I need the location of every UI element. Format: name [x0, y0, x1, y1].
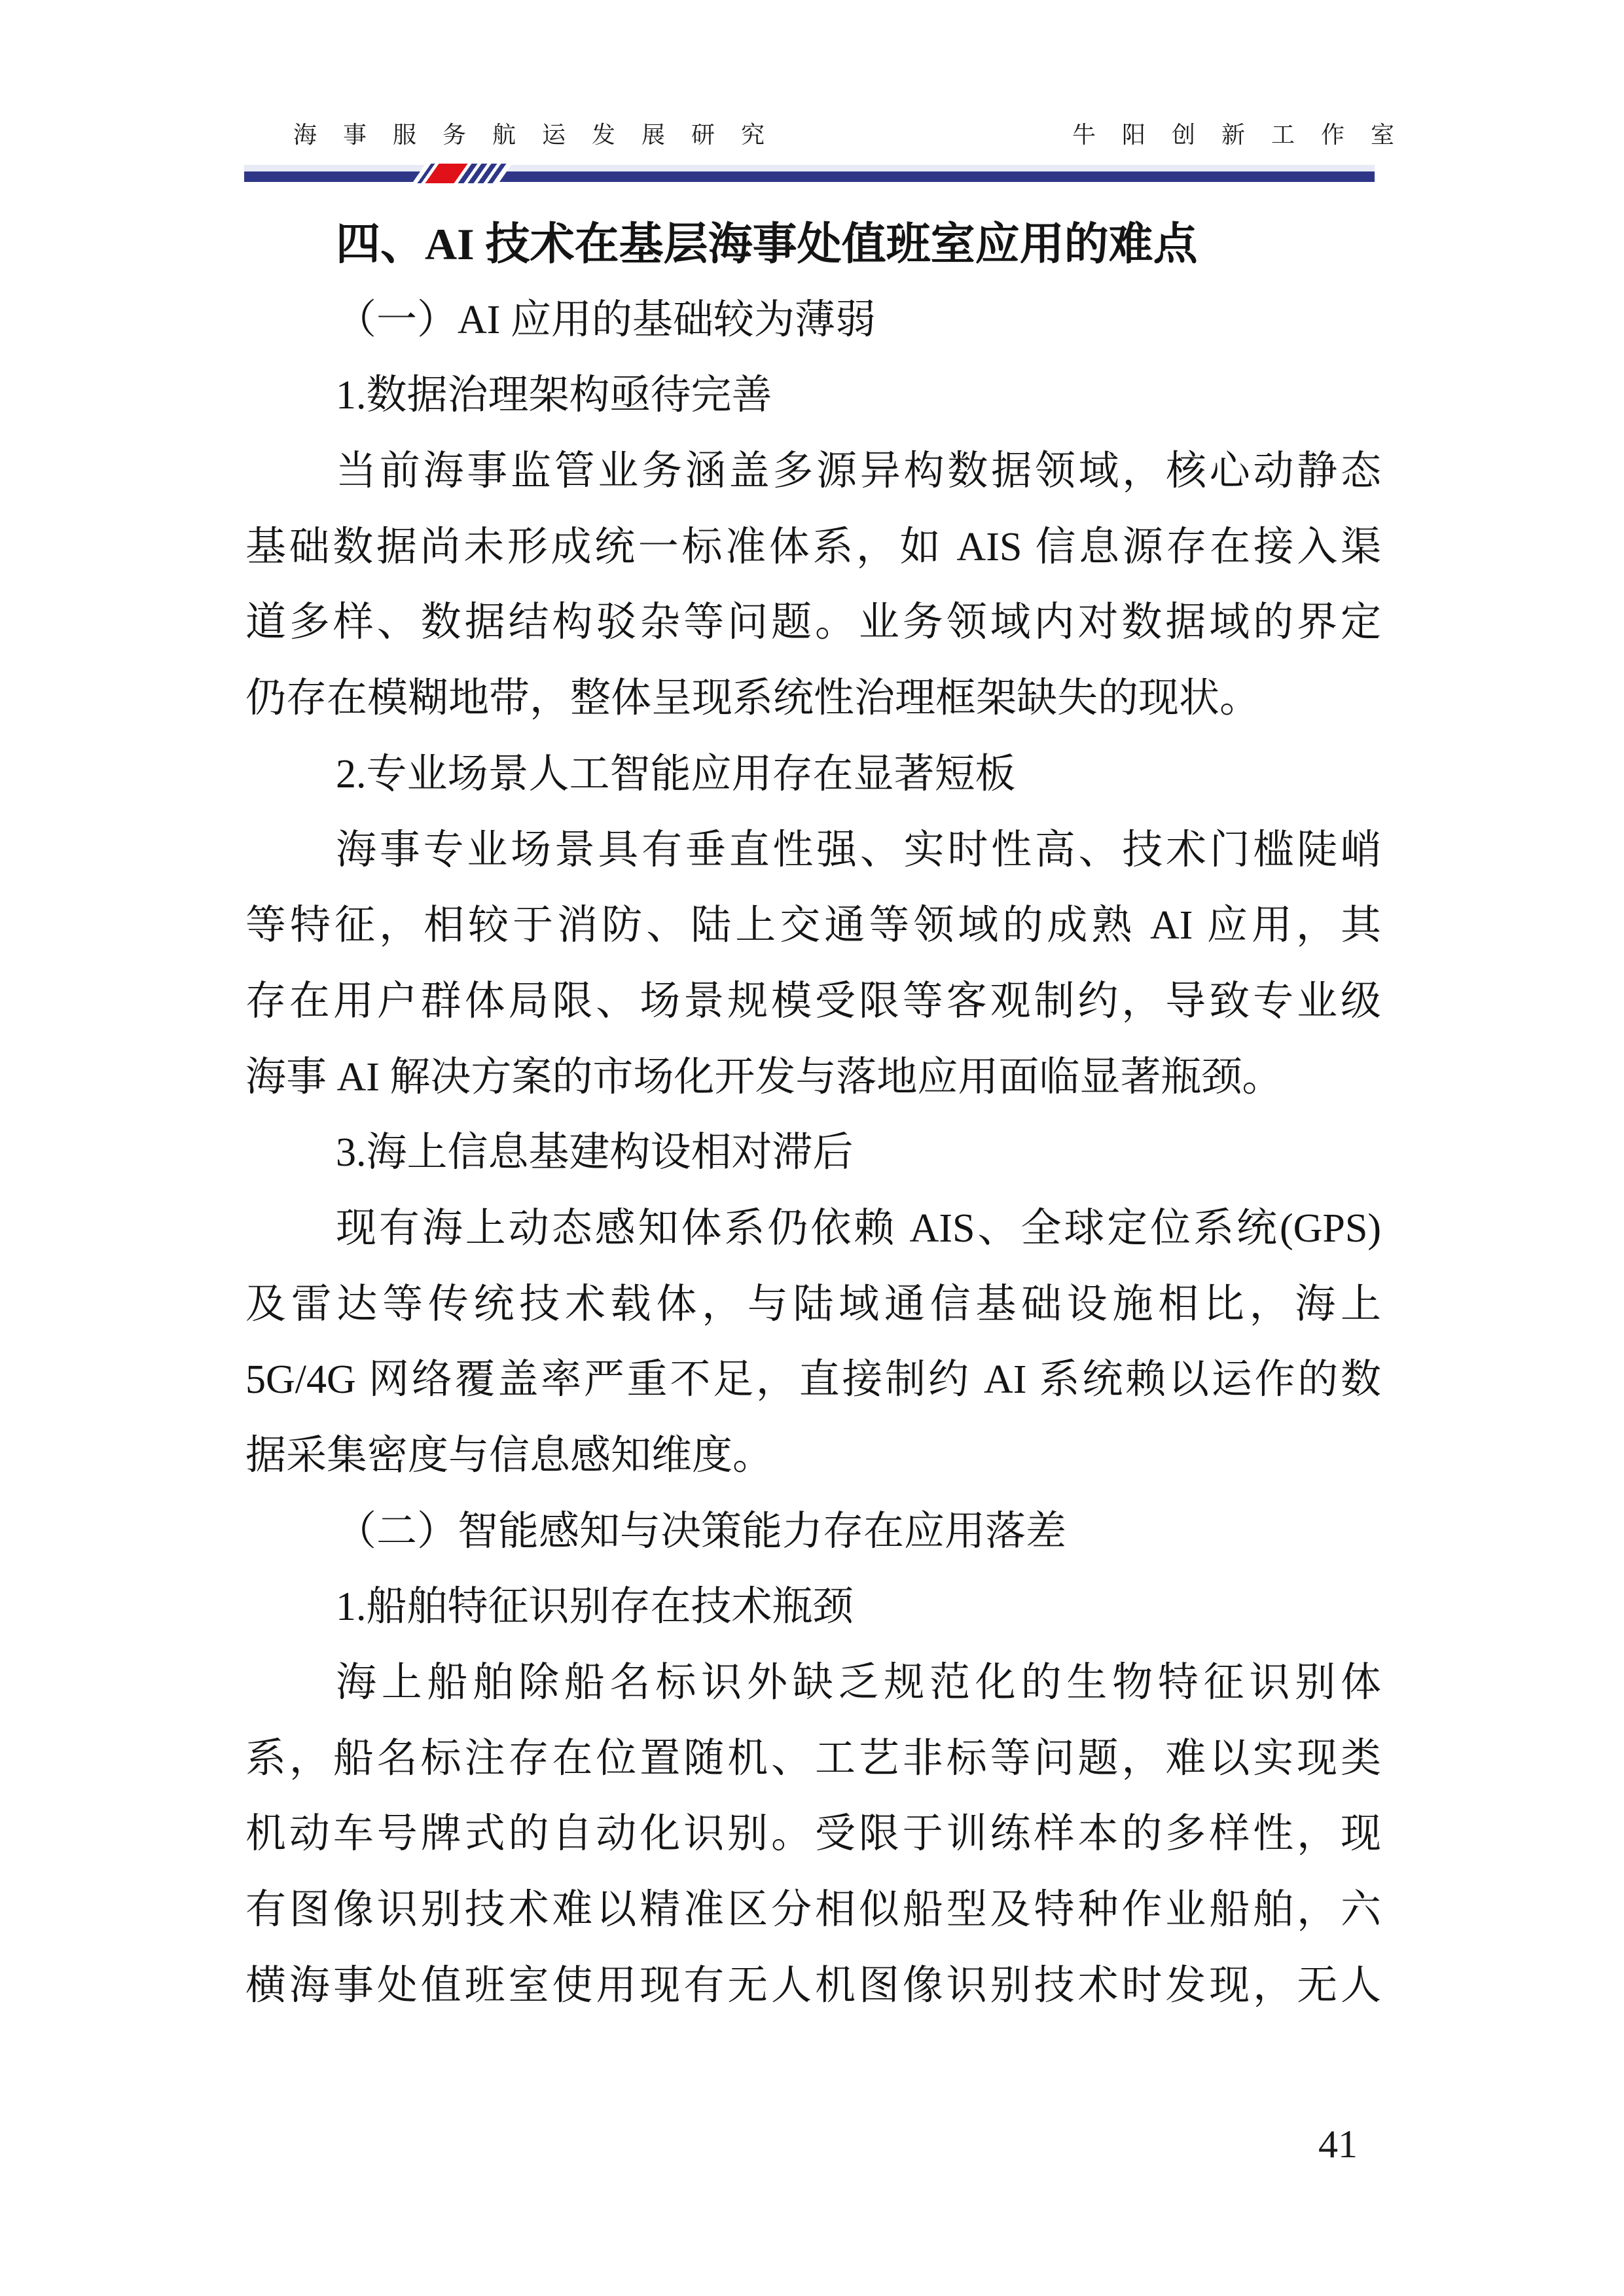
- content: 四、AI 技术在基层海事处值班室应用的难点（一）AI 应用的基础较为薄弱1.数据…: [245, 207, 1381, 2024]
- text-line: 有图像识别技术难以精准区分相似船型及特种作业船舶，六: [245, 1873, 1381, 1948]
- text-line: 海上船舶除船名标识外缺乏规范化的生物特征识别体: [245, 1645, 1381, 1721]
- text-line: 海事专业场景具有垂直性强、实时性高、技术门槛陡峭: [245, 813, 1381, 889]
- text-line: 存在用户群体局限、场景规模受限等客观制约，导致专业级: [245, 964, 1381, 1040]
- header-left-title: 海事服务航运发展研究: [293, 117, 791, 150]
- heading-line: 1.船舶特征识别存在技术瓶颈: [245, 1570, 1381, 1645]
- text-line: 海事 AI 解决方案的市场化开发与落地应用面临显著瓶颈。: [245, 1040, 1381, 1116]
- text-line: 当前海事监管业务涵盖多源异构数据领域，核心动静态: [245, 434, 1381, 510]
- text-line: 仍存在模糊地带，整体呈现系统性治理框架缺失的现状。: [245, 661, 1381, 737]
- heading-line: 1.数据治理架构亟待完善: [245, 358, 1381, 434]
- text-line: 横海事处值班室使用现有无人机图像识别技术时发现，无人: [245, 1948, 1381, 2024]
- header-accent-stripes: [412, 164, 512, 183]
- heading-line: （二）智能感知与决策能力存在应用落差: [245, 1494, 1381, 1570]
- text-line: 等特征，相较于消防、陆上交通等领域的成熟 AI 应用，其: [245, 888, 1381, 964]
- header-rule-light-band: [244, 165, 1375, 171]
- page-number: 41: [1318, 2122, 1358, 2167]
- heading-line: （一）AI 应用的基础较为薄弱: [245, 283, 1381, 359]
- text-line: 道多样、数据结构驳杂等问题。业务领域内对数据域的界定: [245, 585, 1381, 661]
- text-line: 系，船名标注存在位置随机、工艺非标等问题，难以实现类: [245, 1721, 1381, 1797]
- text-line: 及雷达等传统技术载体，与陆域通信基础设施相比，海上: [245, 1267, 1381, 1343]
- header-right-title: 牛阳创新工作室: [1072, 117, 1420, 150]
- section-title: 四、AI 技术在基层海事处值班室应用的难点: [245, 207, 1381, 283]
- text-line: 机动车号牌式的自动化识别。受限于训练样本的多样性，现: [245, 1797, 1381, 1873]
- text-line: 现有海上动态感知体系仍依赖 AIS、全球定位系统(GPS): [245, 1191, 1381, 1267]
- heading-line: 3.海上信息基建构设相对滞后: [245, 1115, 1381, 1191]
- text-line: 基础数据尚未形成统一标准体系，如 AIS 信息源存在接入渠: [245, 510, 1381, 586]
- text-line: 5G/4G 网络覆盖率严重不足，直接制约 AI 系统赖以运作的数: [245, 1342, 1381, 1418]
- document-page: 海事服务航运发展研究 牛阳创新工作室 四、AI 技术在基层海事处值班室应用的难点…: [0, 0, 1624, 2296]
- heading-line: 2.专业场景人工智能应用存在显著短板: [245, 737, 1381, 813]
- text-line: 据采集密度与信息感知维度。: [245, 1418, 1381, 1494]
